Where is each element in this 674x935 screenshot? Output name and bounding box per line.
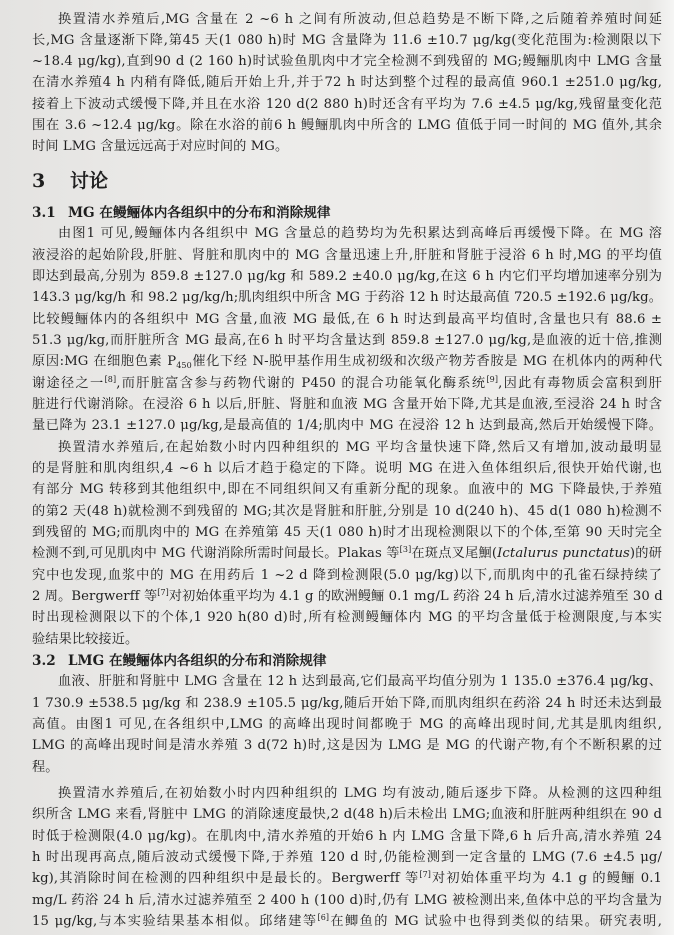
text-line: 1 730.9 ±538.5 μg/kg 和 238.9 ±105.5 μg/k… (32, 696, 662, 712)
text-line: 换置清水养殖后,MG 含量在 2 ~6 h 之间有所波动,但总趋势是不断下降,之… (58, 12, 662, 28)
section-heading: 3讨论 (32, 170, 108, 192)
subsection-title: MG 在鳗鲡体内各组织中的分布和消除规律 (68, 205, 330, 221)
text-run: ,而肝脏富含参与药物代谢的 P450 的混合功能氧化酶系统 (116, 376, 486, 391)
citation: [8] (105, 375, 117, 384)
text-line: 液浸浴的起始阶段,肝脏、肾脏和肌肉中的 MG 含量迅速上升,肝脏和肾脏于浸浴 6… (32, 248, 662, 264)
text-line: 有部分 MG 转移到其他组织中,即在不同组织间又有重新分配的现象。血液中的 MG… (32, 482, 662, 498)
text-run: ,因此有毒物质会富积到肝 (498, 376, 662, 391)
text-line: 接着上下波动式缓慢下降,并且在水浴 120 d(2 880 h)时还含有平均为 … (32, 97, 662, 113)
text-run: 检测不到,可见肌肉中 MG 代谢消除所需时间最长。Plakas 等 (32, 546, 400, 561)
section-title: 讨论 (70, 170, 108, 192)
text-run: )的研 (630, 546, 662, 561)
subsection-title: LMG 在鳗鲡体内各组织的分布和消除规律 (68, 653, 326, 669)
text-run: 谢途径之一 (32, 376, 105, 391)
text-run: 在鲫鱼的 MG 试验中也得到类似的结果。研究表明, (329, 914, 662, 929)
text-line: 谢途径之一[8],而肝脏富含参与药物代谢的 P450 的混合功能氧化酶系统[9]… (32, 376, 662, 392)
text-line: 15 μg/kg,与本实验结果基本相似。邱绪建等[6]在鲫鱼的 MG 试验中也得… (32, 914, 662, 930)
document-page: 换置清水养殖后,MG 含量在 2 ~6 h 之间有所波动,但总趋势是不断下降,之… (0, 0, 674, 935)
text-run: 对初始体重平均为 4.1 g 的欧洲鳗鲡 0.1 mg/L 药浴 24 h 后,… (169, 589, 663, 604)
text-line: 时间 LMG 含量远远高于对应时间的 MG。 (32, 139, 662, 155)
text-line: 2 周。Bergwerff 等[7]对初始体重平均为 4.1 g 的欧洲鳗鲡 0… (32, 589, 662, 605)
text-line: 143.3 μg/kg/h 和 98.2 μg/kg/h;肌肉组织中所含 MG … (32, 290, 662, 306)
text-run: 2 周。Bergwerff 等 (32, 589, 157, 604)
text-line: 脏进行代谢消除。在浸浴 6 h 以后,肝脏、肾脏和血液 MG 含量开始下降,尤其… (32, 397, 662, 413)
subsection-heading: 3.2LMG 在鳗鲡体内各组织的分布和消除规律 (32, 653, 326, 669)
text-line: mg/L 药浴 24 h 后,清水过滤养殖至 2 400 h (100 d)时,… (32, 893, 662, 909)
subsection-heading: 3.1MG 在鳗鲡体内各组织中的分布和消除规律 (32, 205, 330, 221)
text-line: 即达到最高,分别为 859.8 ±127.0 μg/kg 和 589.2 ±40… (32, 269, 662, 285)
species-name: Ictalurus punctatus (497, 546, 630, 561)
text-run: 在斑点叉尾鮰( (411, 546, 497, 561)
text-line: 时低于检测限(4.0 μg/kg)。在肌肉中,清水养殖的开始6 h 内 LMG … (32, 829, 662, 845)
text-line: 织所含 LMG 来看,肾脏中 LMG 的消除速度最快,2 d(48 h)后未检出… (32, 807, 662, 823)
text-run: 催化下经 N-脱甲基作用生成初级和次级产物芳香胺是 MG 在机体内的两种代 (192, 354, 662, 369)
text-line: 血液、肝脏和肾脏中 LMG 含量在 12 h 达到最高,它们最高平均值分别为 1… (58, 674, 662, 690)
text-line: 到残留的 MG;而肌肉中的 MG 在养殖第 45 天(1 080 h)时才出现检… (32, 525, 662, 541)
text-line: 围在 3.6 ~12.4 μg/kg。除在水浴的前6 h 鳗鲡肌肉中所含的 LM… (32, 118, 662, 134)
text-line: 检测不到,可见肌肉中 MG 代谢消除所需时间最长。Plakas 等[3]在斑点叉… (32, 546, 662, 562)
text-run: 15 μg/kg,与本实验结果基本相似。邱绪建等 (32, 914, 317, 929)
text-line: LMG 的高峰出现时间是清水养殖 3 d(72 h)时,这是因为 LMG 是 M… (32, 738, 662, 754)
text-line: ~18.4 μg/kg),直到90 d (2 160 h)时试验鱼肌肉中才完全检… (32, 54, 662, 70)
text-line: kg),其消除时间在检测的四种组织中是最长的。Bergwerff 等[7]对初始… (32, 871, 662, 887)
text-line: 51.3 μg/kg,而肝脏所含 MG 最高,在6 h 时平均含量达到 859.… (32, 333, 662, 349)
text-run: 原因:MG 在细胞色素 P (32, 354, 176, 369)
text-line: 时出现检测限以下的个体,1 920 h(80 d)时,所有检测鳗鲡体内 MG 的… (32, 610, 662, 626)
text-line: 换置清水养殖后,在初始数小时内四种组织的 LMG 均有波动,随后逐步下降。从检测… (58, 786, 662, 802)
subsection-number: 3.1 (32, 205, 68, 221)
text-line: 的是肾脏和肌肉组织,4 ~6 h 以后才趋于稳定的下降。说明 MG 在进入鱼体组… (32, 461, 662, 477)
text-line: 长,MG 含量逐渐下降,第45 天(1 080 h)时 MG 含量降为 11.6… (32, 33, 662, 49)
text-line: 原因:MG 在细胞色素 P450催化下经 N-脱甲基作用生成初级和次级产物芳香胺… (32, 354, 662, 370)
text-line: 在清水养殖4 h 内稍有降低,随后开始上升,并于72 h 时达到整个过程的最高值… (32, 75, 662, 91)
subsection-number: 3.2 (32, 653, 68, 669)
text-line: 由图1 可见,鳗鲡体内各组织中 MG 含量总的趋势均为先积累达到高峰后再缓慢下降… (58, 226, 662, 242)
text-line: 的第2 天(48 h)就检测不到残留的 MG;其次是肾脏和肝脏,分别是 10 d… (32, 504, 662, 520)
text-run: 对初始体重平均为 4.1 g 的鳗鲡 0.1 (431, 871, 662, 886)
subscript: 450 (176, 361, 192, 370)
section-number: 3 (32, 170, 70, 192)
text-line: 高值。由图1 可见,在各组织中,LMG 的高峰出现时间都晚于 MG 的高峰出现时… (32, 717, 662, 733)
text-line: 验结果比较接近。 (32, 632, 662, 648)
text-line: h 时出现再高点,随后波动式缓慢下降,于养殖 120 d 时,仍能检测到一定含量… (32, 850, 662, 866)
text-line: 究中也发现,血浆中的 MG 在用药后 1 ~2 d 降到检测限(5.0 μg/k… (32, 568, 662, 584)
citation: [7] (157, 588, 169, 597)
text-line: 换置清水养殖后,在起始数小时内四种组织的 MG 平均含量快速下降,然后又有增加,… (58, 440, 662, 456)
text-line: 程。 (32, 760, 662, 776)
citation: [7] (419, 870, 431, 879)
citation: [6] (317, 913, 329, 922)
text-line: 比较鳗鲡体内的各组织中 MG 含量,血液 MG 最低,在 6 h 时达到最高平均… (32, 312, 662, 328)
text-run: kg),其消除时间在检测的四种组织中是最长的。Bergwerff 等 (32, 871, 419, 886)
text-line: 量已降为 23.1 ±127.0 μg/kg,是最高值的 1/4;肌肉中 MG … (32, 418, 662, 434)
citation: [3] (400, 545, 412, 554)
citation: [9] (486, 375, 498, 384)
